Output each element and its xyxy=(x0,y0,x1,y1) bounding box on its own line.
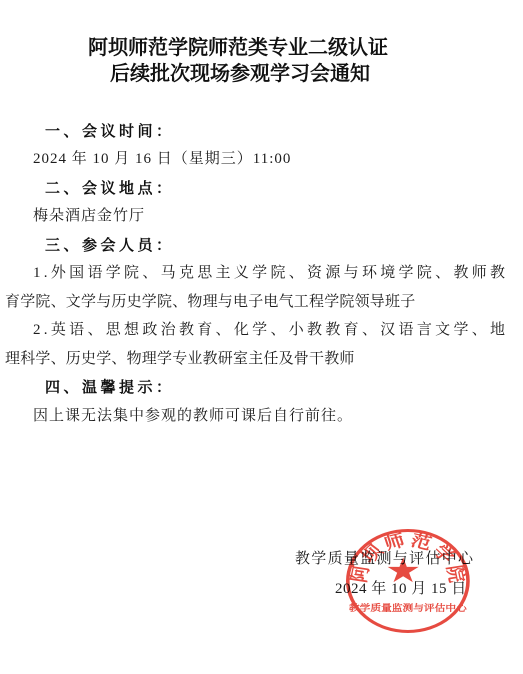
participants-item-1-line-2: 育学院、文学与历史学院、物理与电子电气工程学院领导班子 xyxy=(5,294,415,311)
meeting-place-value: 梅朵酒店金竹厅 xyxy=(33,208,145,225)
tips-text: 因上课无法集中参观的教师可课后自行前往。 xyxy=(33,408,353,425)
star-icon: ★ xyxy=(385,555,421,589)
section-heading-meeting-time: 一、会议时间： xyxy=(45,123,175,140)
notice-title-line-2: 后续批次现场参观学习会通知 xyxy=(110,63,370,85)
participants-item-1-line-1: 1.外国语学院、马克思主义学院、资源与环境学院、教师教 xyxy=(33,265,508,282)
notice-title-line-1: 阿坝师范学院师范类专业二级认证 xyxy=(88,37,388,59)
participants-item-2-line-1: 2.英语、思想政治教育、化学、小教教育、汉语言文学、地 xyxy=(33,322,508,339)
notice-document: 阿坝师范学院师范类专业二级认证 后续批次现场参观学习会通知 一、会议时间： 20… xyxy=(0,0,523,674)
seal-bottom-text: 教学质量监测与评估中心 xyxy=(346,601,470,614)
section-heading-tips: 四、温馨提示： xyxy=(45,379,175,396)
seal-arc-char-6: 院 xyxy=(441,562,469,585)
participants-item-2-line-2: 理科学、历史学、物理学专业教研室主任及骨干教师 xyxy=(5,351,355,368)
section-heading-meeting-place: 二、会议地点： xyxy=(45,180,175,197)
section-heading-participants: 三、参会人员： xyxy=(45,237,175,254)
meeting-time-value: 2024 年 10 月 16 日（星期三）11:00 xyxy=(33,151,291,168)
official-red-seal: 阿 坝 师 范 学 院 ★ 教学质量监测与评估中心 xyxy=(346,529,470,633)
